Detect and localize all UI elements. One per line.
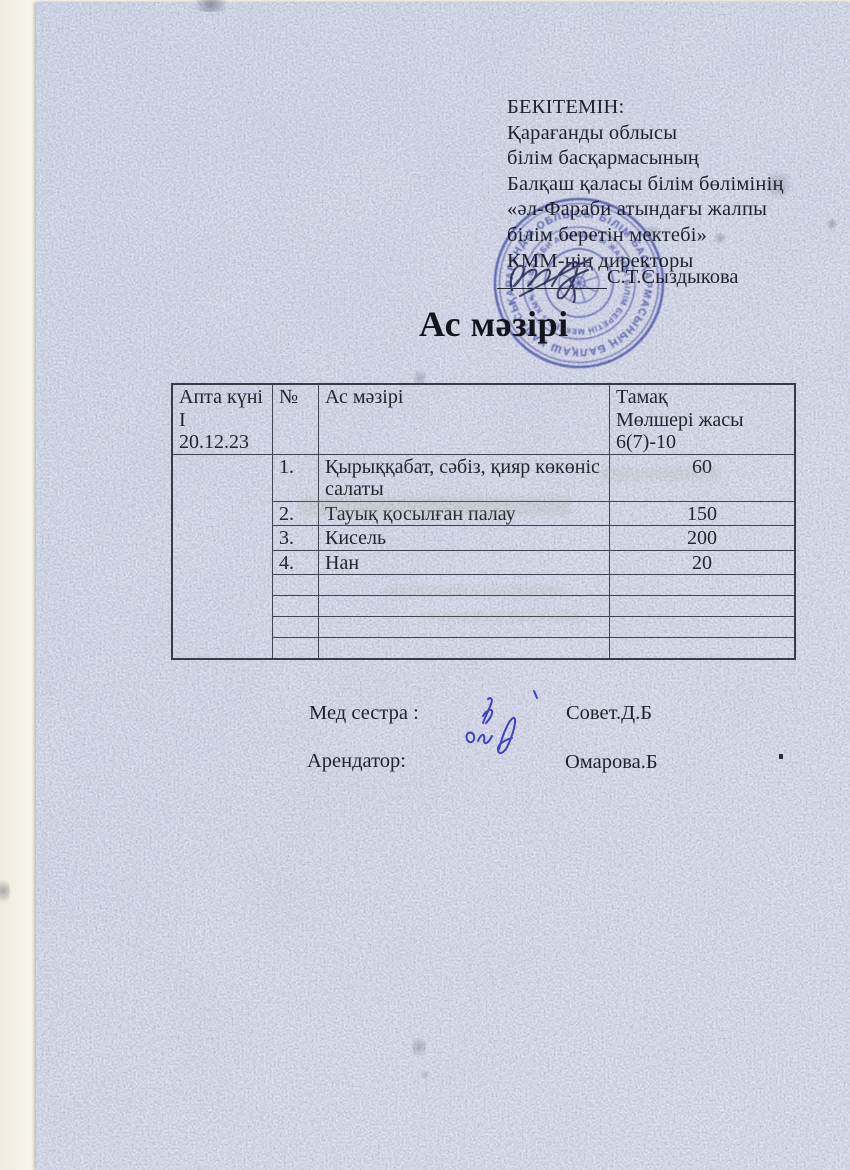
row-num: 3.	[273, 526, 319, 551]
header-day-line: I	[179, 409, 266, 432]
table-header-row: Апта күні I 20.12.23 № Ас мәзірі Тамақ М…	[172, 384, 795, 454]
scan-smudge	[0, 876, 10, 906]
row-dish: Кисель	[319, 526, 610, 551]
approval-line: Қарағанды облысы	[507, 121, 847, 147]
approval-line: БЕКІТЕМІН:	[507, 95, 847, 121]
row-portion: 150	[610, 501, 796, 526]
scanned-document: БЕКІТЕМІН: Қарағанды облысы білім басқар…	[0, 0, 850, 1170]
row-portion: 20	[610, 550, 796, 575]
bleed-through-ghost	[420, 612, 580, 621]
approval-line: білім басқармасының	[507, 146, 847, 172]
header-num-cell: №	[273, 384, 319, 454]
header-day-line: 20.12.23	[179, 431, 266, 454]
day-merged-cell	[172, 454, 273, 659]
scan-smudge	[414, 368, 426, 388]
header-portion-line: Тамақ	[616, 386, 788, 409]
row-num: 1.	[273, 454, 319, 501]
scan-smudge	[420, 1070, 430, 1080]
row-dish: Қырыққабат, сәбіз, қияр көкөніс салаты	[319, 454, 610, 501]
page-title: Ас мәзірі	[419, 303, 569, 345]
scan-smudge	[640, 226, 664, 240]
bleed-through-ghost	[300, 497, 570, 515]
arendator-name: Омарова.Б	[565, 751, 658, 774]
bleed-through-ghost	[600, 468, 720, 480]
med-sestra-label: Мед сестра :	[309, 702, 419, 725]
bleed-through-ghost	[385, 586, 565, 596]
scan-smudge	[412, 1034, 426, 1060]
header-portion-line: 6(7)-10	[616, 431, 788, 454]
scan-smudge	[765, 168, 791, 202]
ink-speck	[779, 754, 783, 759]
header-menu-cell: Ас мәзірі	[319, 384, 610, 454]
header-portion-cell: Тамақ Мөлшері жасы 6(7)-10	[610, 384, 796, 454]
header-day-cell: Апта күні I 20.12.23	[172, 384, 273, 454]
row-num: 4.	[273, 550, 319, 575]
handwritten-signatures	[455, 685, 545, 763]
arendator-label: Арендатор:	[307, 750, 406, 773]
row-portion: 200	[610, 526, 796, 551]
header-portion-line: Мөлшері жасы	[616, 409, 788, 432]
scan-smudge	[826, 218, 838, 230]
row-dish: Нан	[319, 550, 610, 575]
header-day-line: Апта күні	[179, 386, 266, 409]
scan-smudge	[712, 232, 728, 244]
med-sestra-name: Совет.Д.Б	[566, 702, 652, 725]
official-round-stamp-icon: ҚАРАҒАНДЫ ОБЛЫСЫ БІЛІМ БАСҚАРМАСЫНЫҢ БАЛ…	[490, 194, 668, 372]
